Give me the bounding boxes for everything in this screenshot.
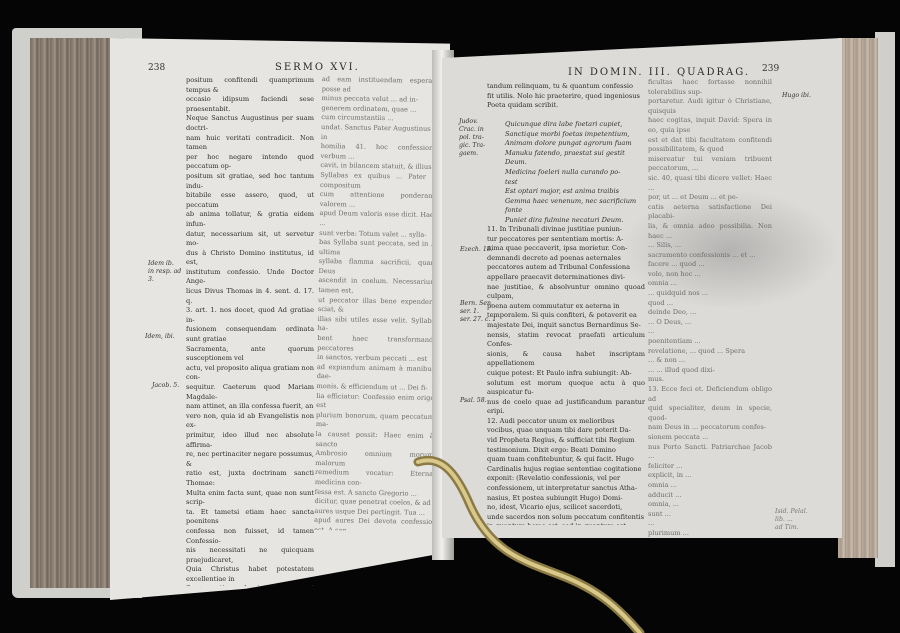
right-margin-note-1: Ezech. 18. — [460, 246, 493, 254]
right-margin-note-hugo: Hugo ibi. — [782, 92, 811, 100]
right-book-cover — [875, 32, 895, 567]
right-page-fore-edge — [838, 38, 878, 558]
right-margin-note-3: Psal. 58. — [460, 397, 487, 405]
right-page-number: 239 — [762, 64, 779, 74]
right-running-head: IN DOMIN. III. QUADRAG. — [568, 67, 750, 78]
left-margin-note-3: Jacob. 5. — [152, 382, 179, 390]
left-margin-note-1: Idem ib. in resp. ad 3. — [148, 260, 181, 284]
right-margin-note-2: Bern. Sen. ser. 1. ser. 27. c. 1 — [460, 300, 496, 324]
book-photograph: 238 SERMO XVI. positum confitendi quampr… — [0, 0, 900, 633]
left-running-head: SERMO XVI. — [275, 62, 360, 73]
right-page-column-1: 11. In Tribunali divinae justitiae puniu… — [487, 225, 645, 525]
right-column-1-intro: tandum relinquam, tu & quantum confessio… — [487, 82, 645, 114]
left-margin-note-2: Idem, ibi. — [145, 333, 175, 341]
latin-verse: Quicunque dira labe foetari cupiet, Sanc… — [505, 120, 645, 226]
verse-margin-note: Judov. Crac. in pol. tra- gic. Tra- gaem… — [459, 118, 485, 158]
left-page-number: 238 — [148, 63, 165, 73]
left-page-column-1: positum confitendi quamprimum tempus & o… — [186, 76, 314, 586]
right-margin-note-isidore: Isid. Pelal. lib. ... ad Tim. — [775, 508, 808, 532]
right-page-column-2: ficultas haec fortasse nonnihil tolerabi… — [648, 78, 772, 538]
left-page-column-2: ad eam instituendam esperans posse ad mi… — [314, 75, 440, 532]
